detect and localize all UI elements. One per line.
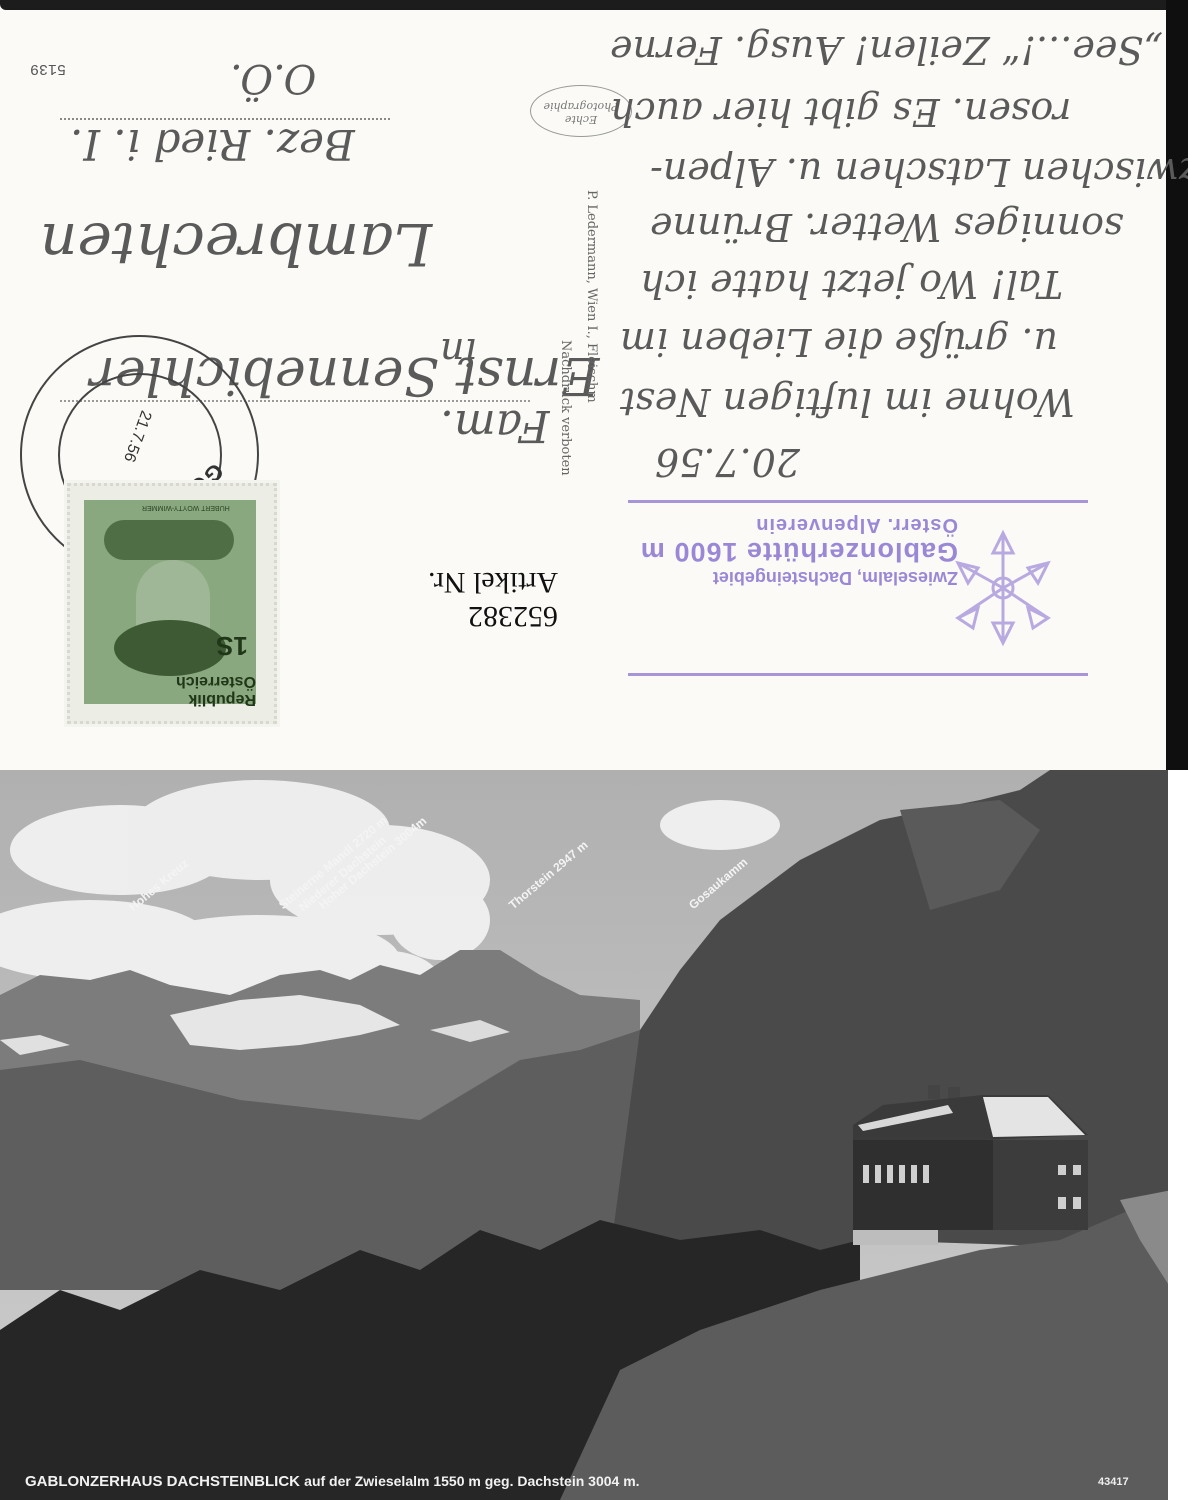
scan-border: [1168, 770, 1188, 1500]
postcard-back: 5139 Echte Photographie O.Ö. Bez. Ried i…: [0, 0, 1188, 770]
scan-border: [1166, 0, 1188, 770]
mountain-hut-building: [853, 1085, 1088, 1245]
message-line: u. grüße die Lieben im: [620, 320, 1058, 364]
message-line: Tal! Wo jetzt hatte ich: [640, 262, 1063, 306]
recipient-greeting: Fam.: [440, 400, 549, 451]
date-written: 20.7.56: [655, 440, 800, 484]
message-line: Wohne im luftigen Nest: [620, 380, 1075, 424]
article-number-label: 652382 Artikel Nr.: [428, 565, 558, 633]
recipient-town: Lambrechten: [40, 210, 432, 278]
postcard-photo: Hohes Kreuz Steinerne Mandl 2720 m Niede…: [0, 770, 1172, 1500]
message-line: rosen. Es gibt hier auch: [610, 90, 1071, 134]
publisher-imprint: P. Ledermann, Wien I., Fleischm Nachdruc…: [548, 190, 618, 520]
deckle-edge: [0, 0, 1188, 10]
hut-stamp: Zwieselalm, Dachsteingebiet Gablonzerhüt…: [628, 500, 1088, 676]
message-line: zwischen Latschen u. Alpen-: [650, 150, 1188, 194]
message-line: sonniges Wetter. Brünne: [650, 205, 1124, 249]
photo-number: 43417: [1098, 1476, 1129, 1488]
edelweiss-icon: [948, 523, 1058, 653]
postage-stamp: HUBERT WOYTY-WIMMER 1S Republik Österrei…: [67, 483, 277, 724]
serial-number: 5139: [30, 60, 66, 77]
message-line: „See...!“ Zeilen! Ausg. Ferne: [610, 28, 1163, 72]
recipient-state: O.Ö.: [230, 55, 316, 101]
recipient-district: Bez. Ried i. I.: [70, 120, 355, 169]
photo-caption: GABLONZERHAUS DACHSTEINBLICK auf der Zwi…: [25, 1473, 640, 1490]
